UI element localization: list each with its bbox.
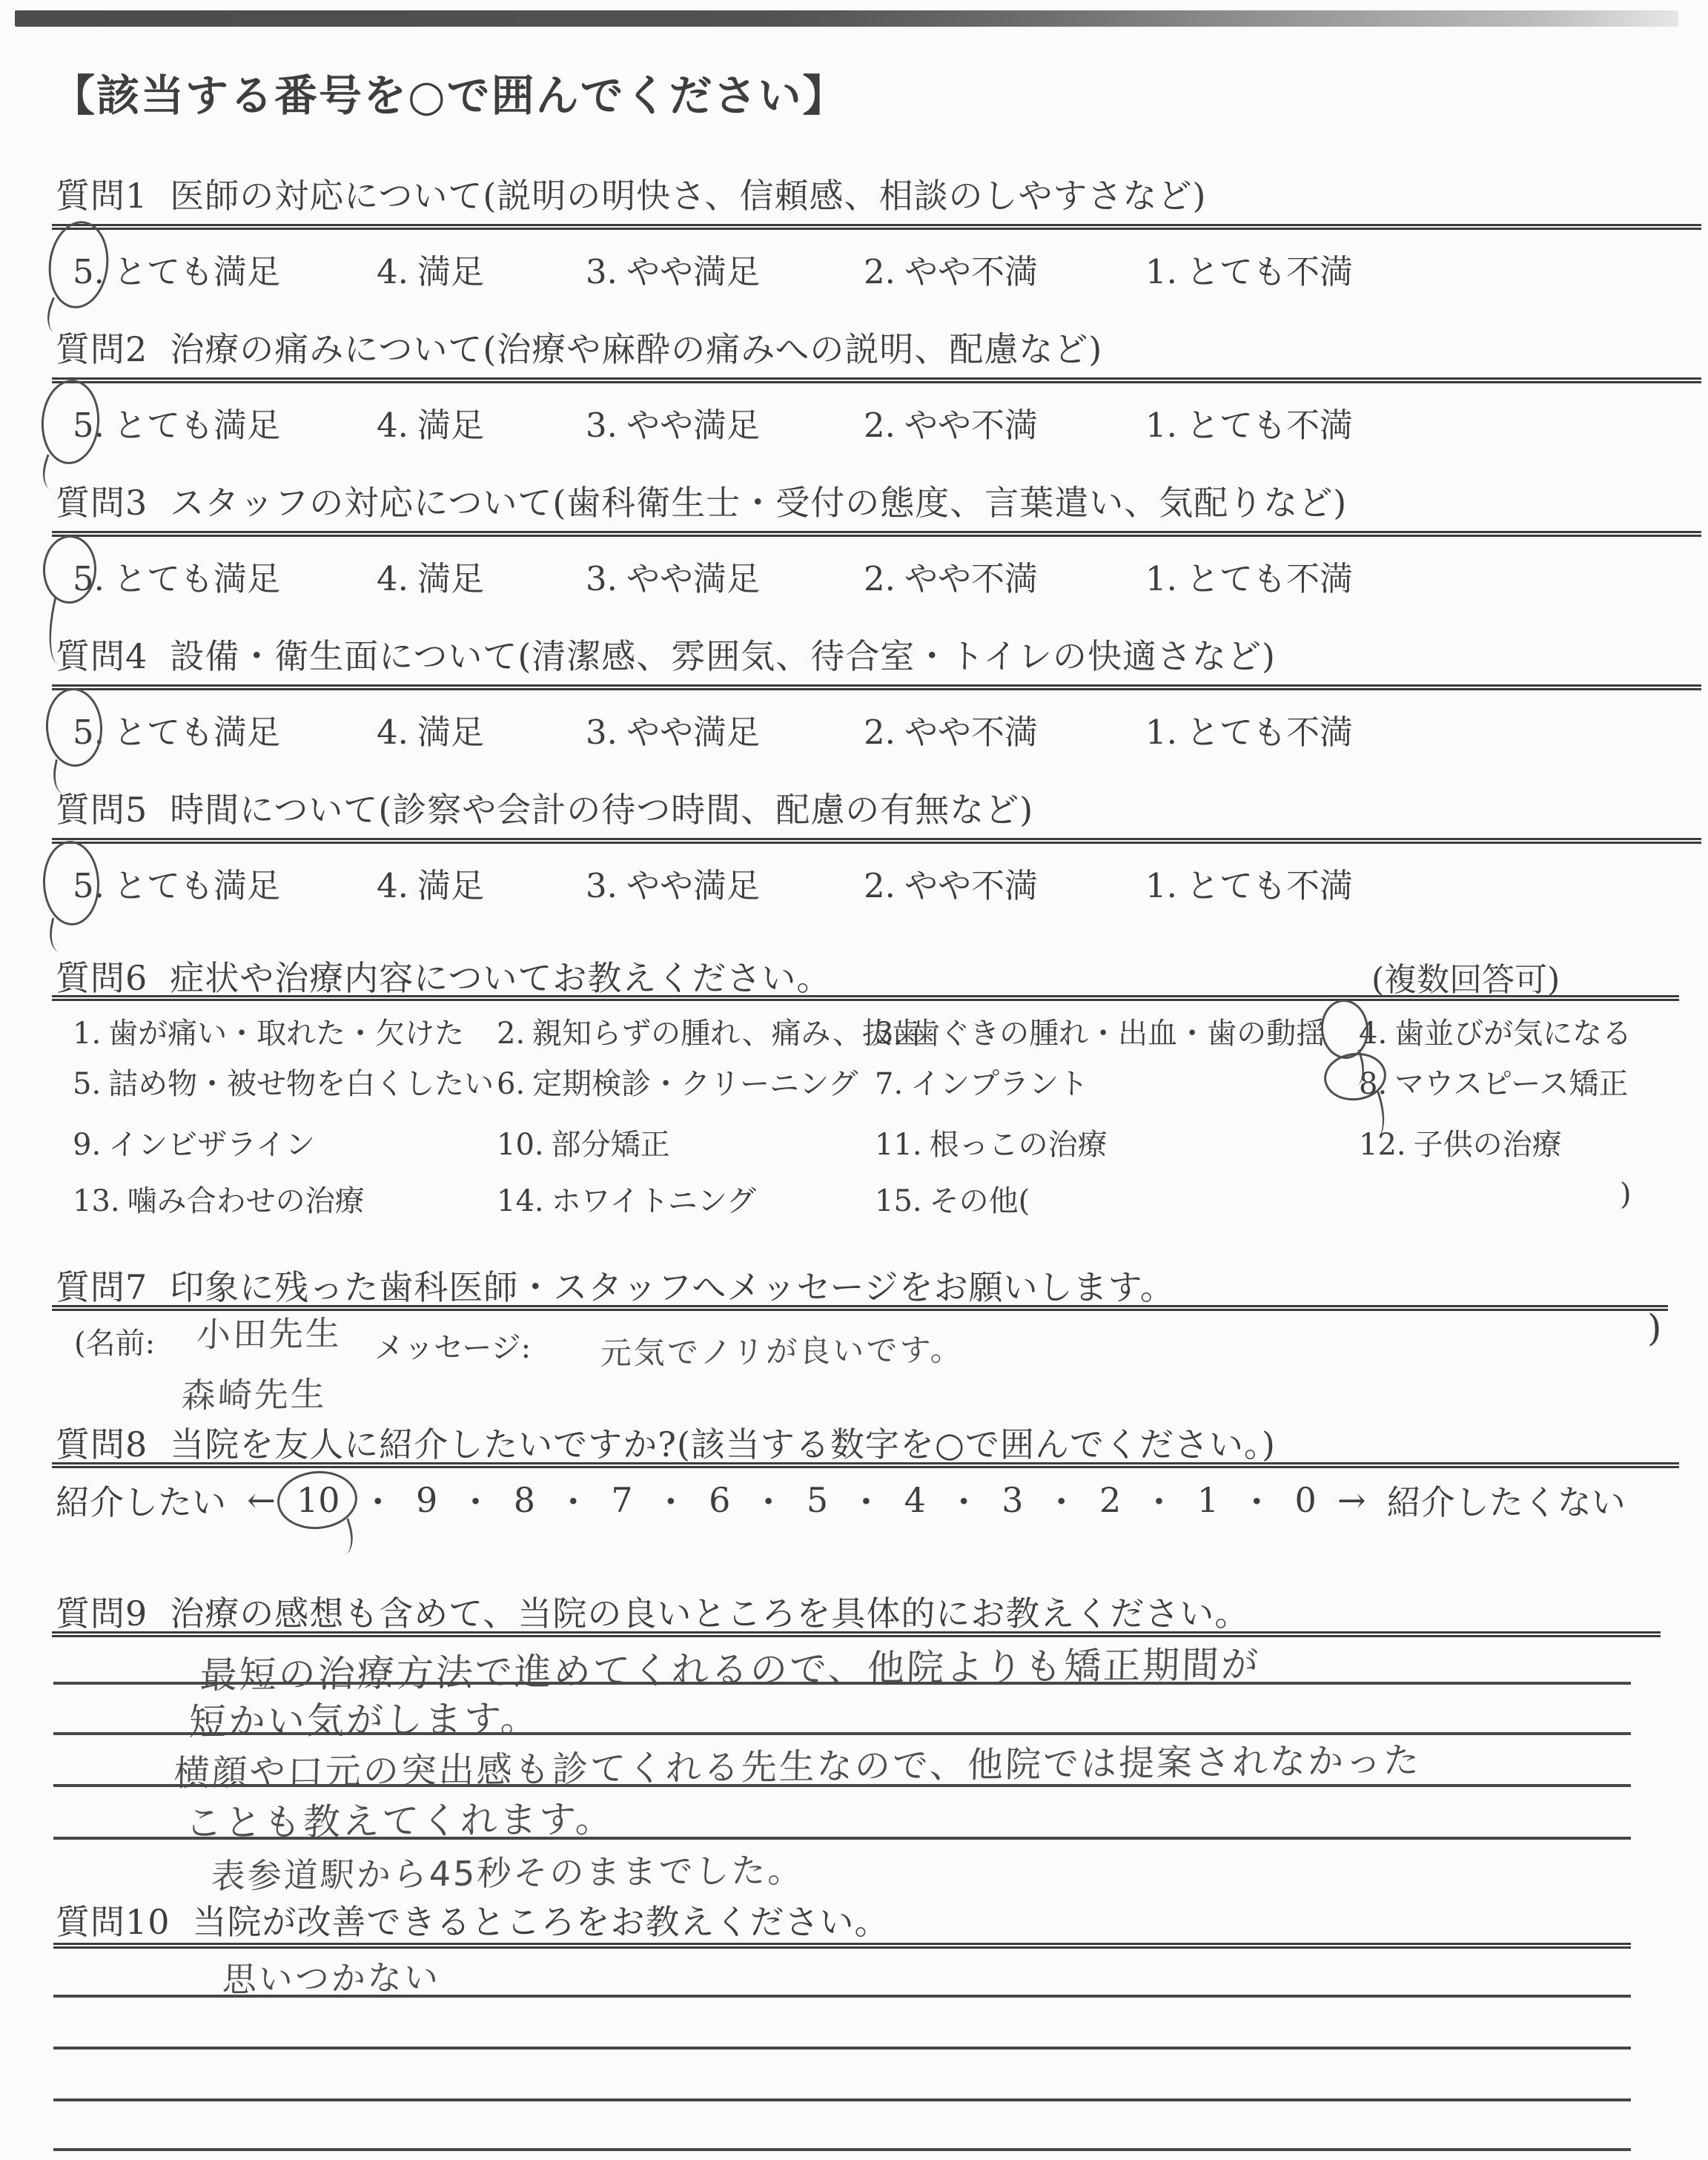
q9-handwritten-line-2: 短かい気がします。 (188, 1689, 540, 1746)
q6-multi-answer-note: (複数回答可) (1371, 953, 1560, 1000)
q5-option-4-label: 満足 (417, 866, 484, 905)
q6-item-11-number: 11. (875, 1128, 922, 1162)
q6-item-4: 4.歯並びが気になる (1359, 1010, 1632, 1052)
q1-option-3-number: 3. (586, 252, 618, 291)
q5-header: 質問5時間について(診察や会計の待つ時間、配慮の有無など) (56, 783, 1033, 832)
q5-option-2-number: 2. (864, 866, 896, 905)
q1-option-2: 2.やや不満 (864, 245, 1038, 293)
q1-rule (52, 224, 1701, 226)
q2-heading: 治療の痛みについて(治療や麻酔の痛みへの説明、配慮など) (170, 329, 1102, 369)
q6-item-14: 14.ホワイトニング (497, 1178, 756, 1220)
q4-option-2: 2.やや不満 (864, 705, 1038, 753)
page-title: 【該当する番号を○で囲んでください】 (52, 61, 847, 123)
q2-option-4-number: 4. (377, 406, 408, 445)
q3-option-4-label: 満足 (417, 559, 484, 598)
q9-rule-4 (53, 1784, 1631, 1787)
q6-item-6-label: 定期検診・クリーニング (532, 1067, 858, 1101)
q8-scale-8: 8 (514, 1480, 535, 1520)
q9-rule-5 (53, 1837, 1631, 1840)
q3-option-5: 5.とても満足 (73, 552, 280, 600)
q10-rule-3 (53, 2047, 1631, 2050)
q9-handwritten-line-5: 表参道駅から45秒そのままでした。 (211, 1843, 804, 1898)
q1-option-1: 1.とても不満 (1145, 245, 1353, 293)
q6-rule (52, 995, 1679, 997)
q5-circled-5-mark (42, 840, 101, 927)
q6-item-9: 9.インビザライン (73, 1121, 315, 1163)
q1-option-4-label: 満足 (417, 252, 484, 291)
q6-circled-8-mark (1321, 1049, 1388, 1104)
q6-item-12-label: 子供の治療 (1414, 1128, 1562, 1162)
q4-header: 質問4設備・衛生面について(清潔感、雰囲気、待合室・トイレの快適さなど) (56, 630, 1276, 678)
q5-options-row: 5.とても満足 4.満足 3.やや満足 2.やや不満 1.とても不満 (0, 859, 1708, 906)
q6-item-10-number: 10. (497, 1128, 544, 1162)
q7-heading: 印象に残った歯科医師・スタッフへメッセージをお願いします。 (170, 1267, 1175, 1307)
q2-label: 質問2 (56, 329, 148, 369)
q1-heading: 医師の対応について(説明の明快さ、信頼感、相談のしやすさなど) (170, 176, 1206, 216)
q7-handwritten-name-1: 小田先生 (196, 1307, 342, 1357)
q6-label: 質問6 (56, 958, 148, 998)
q8-scale-5: 5 (807, 1480, 828, 1520)
q6-item-5-number: 5. (73, 1067, 101, 1101)
q1-option-5-label: とても満足 (113, 252, 280, 291)
q8-scale-2: 2 (1099, 1480, 1121, 1520)
q2-rule (52, 377, 1701, 380)
q2-option-3-label: やや満足 (626, 406, 760, 445)
q4-label: 質問4 (56, 636, 148, 676)
q6-item-13-label: 噛み合わせの治療 (128, 1184, 365, 1218)
q10-rule-1 (53, 1943, 1631, 1945)
q2-option-1: 1.とても不満 (1145, 398, 1353, 446)
q8-circled-10-mark (275, 1467, 360, 1532)
q5-option-1: 1.とても不満 (1145, 859, 1353, 907)
q6-item-2-number: 2. (497, 1017, 525, 1051)
q7-handwritten-name-2: 森崎先生 (181, 1367, 328, 1418)
q2-option-2-number: 2. (864, 406, 896, 445)
q6-item-11-label: 根っこの治療 (930, 1128, 1108, 1162)
q6-item-14-number: 14. (497, 1184, 544, 1218)
q5-option-4: 4.満足 (377, 859, 484, 907)
q8-dot: ・ (361, 1476, 395, 1525)
q8-scale-4: 4 (904, 1480, 926, 1520)
q4-option-5-label: とても満足 (113, 713, 280, 752)
q5-option-3-number: 3. (586, 866, 618, 905)
q8-scale-1: 1 (1197, 1480, 1219, 1520)
q9-handwritten-line-1: 最短の治療方法で進めてくれるので、他院よりも矯正期間が (199, 1635, 1261, 1700)
q5-label: 質問5 (56, 790, 148, 830)
q8-scale-7: 7 (611, 1480, 632, 1520)
q6-item-7-label: インプラント (910, 1067, 1088, 1101)
q6-item-13: 13.噛み合わせの治療 (73, 1178, 365, 1220)
q5-option-4-number: 4. (377, 866, 408, 905)
q6-item-12: 12.子供の治療 (1359, 1121, 1562, 1163)
q3-option-2-number: 2. (864, 559, 896, 598)
q6-item-7: 7.インプラント (875, 1060, 1088, 1103)
q4-option-3-label: やや満足 (626, 713, 760, 752)
q6-item-6: 6.定期検診・クリーニング (497, 1060, 858, 1103)
q5-option-3: 3.やや満足 (586, 859, 760, 907)
q3-option-2-label: やや不満 (904, 559, 1038, 598)
q8-left-arrow: ← (247, 1480, 276, 1520)
q6-item-5: 5.詰め物・被せ物を白くしたい (73, 1060, 494, 1103)
q8-rule (52, 1462, 1679, 1464)
q3-options-row: 5.とても満足 4.満足 3.やや満足 2.やや不満 1.とても不満 (0, 552, 1708, 599)
q8-scale-9: 9 (416, 1480, 437, 1520)
q5-option-5-label: とても満足 (113, 866, 280, 905)
q8-scale-3: 3 (1002, 1480, 1023, 1520)
q1-options-row: 5.とても満足 4.満足 3.やや満足 2.やや不満 1.とても不満 (0, 245, 1708, 292)
q4-option-3: 3.やや満足 (586, 705, 760, 753)
q6-item-2-label: 親知らずの腫れ、痛み、抜歯 (532, 1017, 921, 1051)
q1-option-1-label: とても不満 (1186, 252, 1353, 291)
q7-close-paren: ) (1647, 1307, 1662, 1350)
q8-heading: 当院を友人に紹介したいですか?(該当する数字を○で囲んでください。) (170, 1424, 1276, 1464)
q1-option-3: 3.やや満足 (586, 245, 760, 293)
q1-header: 質問1医師の対応について(説明の明快さ、信頼感、相談のしやすさなど) (56, 169, 1206, 218)
q6-item-9-number: 9. (73, 1128, 101, 1162)
q8-right-label: 紹介したくない (1387, 1476, 1626, 1525)
q6-item-14-label: ホワイトニング (552, 1184, 756, 1218)
q4-options-row: 5.とても満足 4.満足 3.やや満足 2.やや不満 1.とても不満 (0, 705, 1708, 753)
q3-option-5-label: とても満足 (113, 559, 280, 598)
q8-dot: ・ (752, 1476, 786, 1525)
q3-option-3-label: やや満足 (626, 559, 760, 598)
q5-option-3-label: やや満足 (626, 866, 760, 905)
q1-option-2-number: 2. (864, 252, 896, 291)
q4-option-1: 1.とても不満 (1145, 705, 1353, 753)
q9-rule-1 (52, 1631, 1661, 1634)
q5-heading: 時間について(診察や会計の待つ時間、配慮の有無など) (170, 790, 1033, 830)
q4-rule (52, 684, 1701, 687)
q7-label: 質問7 (56, 1267, 148, 1307)
q7-name-label: (名前: (74, 1320, 155, 1362)
q5-option-1-number: 1. (1145, 866, 1177, 905)
q4-option-1-number: 1. (1145, 713, 1177, 752)
q1-option-3-label: やや満足 (626, 252, 760, 291)
q1-option-4: 4.満足 (377, 245, 484, 293)
q9-header: 質問9治療の感想も含めて、当院の良いところを具体的にお教えください。 (56, 1587, 1249, 1636)
q6-item-15-label: その他( (930, 1184, 1030, 1218)
q1-option-2-label: やや不満 (904, 252, 1038, 291)
q4-option-4-number: 4. (377, 713, 408, 752)
q2-options-row: 5.とても満足 4.満足 3.やや満足 2.やや不満 1.とても不満 (0, 398, 1708, 446)
q3-option-3: 3.やや満足 (586, 552, 760, 600)
q8-scale-row: 紹介したい ← 10 ・ 9 ・ 8 ・ 7 ・ 6 ・ 5 ・ 4 ・ 3 ・… (56, 1476, 1626, 1525)
q3-option-1-label: とても不満 (1186, 559, 1353, 598)
q6-item-4-label: 歯並びが気になる (1394, 1017, 1632, 1051)
q8-dot: ・ (1142, 1476, 1176, 1525)
q10-rule-4 (53, 2098, 1631, 2101)
q3-header: 質問3スタッフの対応について(歯科衛生士・受付の態度、言葉遣い、気配りなど) (56, 476, 1347, 525)
q1-label: 質問1 (56, 176, 148, 216)
q4-option-4-label: 満足 (417, 713, 484, 752)
q8-scale-10: 10 (297, 1480, 340, 1520)
q6-item-11: 11.根っこの治療 (875, 1121, 1108, 1163)
q6-item-15-number: 15. (875, 1184, 922, 1218)
q6-item-7-number: 7. (875, 1067, 903, 1101)
q5-option-2-label: やや不満 (904, 866, 1038, 905)
q6-item-1: 1.歯が痛い・取れた・欠けた (73, 1010, 464, 1052)
q6-item-8: 8.マウスピース矯正 (1359, 1060, 1628, 1103)
q3-label: 質問3 (56, 483, 148, 523)
q6-item-8-label: マウスピース矯正 (1394, 1067, 1628, 1101)
q8-scale-0: 0 (1294, 1480, 1316, 1520)
q10-heading: 当院が改善できるところをお教えください。 (193, 1902, 890, 1942)
q6-item-9-label: インビザライン (108, 1128, 315, 1162)
q2-header: 質問2治療の痛みについて(治療や麻酔の痛みへの説明、配慮など) (56, 323, 1102, 371)
q8-dot: ・ (458, 1476, 492, 1525)
q4-option-1-label: とても不満 (1186, 713, 1353, 752)
q8-left-label: 紹介したい (56, 1476, 226, 1525)
q8-dot: ・ (947, 1476, 981, 1525)
q9-rule-2 (53, 1682, 1631, 1685)
q8-right-arrow: → (1337, 1480, 1366, 1520)
q3-option-4-number: 4. (377, 559, 408, 598)
q8-dot: ・ (849, 1476, 883, 1525)
q6-item-3: 3.歯ぐきの腫れ・出血・歯の動揺 (875, 1010, 1325, 1052)
q3-rule (52, 531, 1701, 533)
q6-item-10: 10.部分矯正 (497, 1121, 670, 1163)
q4-heading: 設備・衛生面について(清潔感、雰囲気、待合室・トイレの快適さなど) (170, 636, 1276, 676)
q6-header: 質問6症状や治療内容についてお教えください。 (56, 951, 831, 1000)
q6-item-12-number: 12. (1359, 1128, 1406, 1162)
q2-option-2: 2.やや不満 (864, 398, 1038, 446)
q7-header: 質問7印象に残った歯科医師・スタッフへメッセージをお願いします。 (56, 1261, 1175, 1309)
q2-option-4: 4.満足 (377, 398, 484, 446)
q10-rule-2 (53, 1995, 1631, 1998)
q5-rule (52, 838, 1701, 840)
q6-item-5-label: 詰め物・被せ物を白くしたい (108, 1067, 494, 1101)
q8-dot: ・ (556, 1476, 590, 1525)
q2-option-4-label: 満足 (417, 406, 484, 445)
q6-item-1-number: 1. (73, 1017, 101, 1051)
q5-option-5: 5.とても満足 (73, 859, 280, 907)
q9-heading: 治療の感想も含めて、当院の良いところを具体的にお教えください。 (170, 1593, 1249, 1634)
q4-option-5: 5.とても満足 (73, 705, 280, 753)
q3-option-2: 2.やや不満 (864, 552, 1038, 600)
q8-dot: ・ (654, 1476, 688, 1525)
q2-option-5: 5.とても満足 (73, 398, 280, 446)
q4-option-4: 4.満足 (377, 705, 484, 753)
q2-option-3: 3.やや満足 (586, 398, 760, 446)
q6-item-10-label: 部分矯正 (552, 1128, 670, 1162)
q10-rule-5 (53, 2148, 1631, 2151)
q1-option-1-number: 1. (1145, 252, 1177, 291)
q3-option-1: 1.とても不満 (1145, 552, 1353, 600)
q5-option-2: 2.やや不満 (864, 859, 1038, 907)
q7-handwritten-message: 元気でノリが良いです。 (600, 1325, 964, 1373)
q2-option-5-label: とても満足 (113, 406, 280, 445)
q4-option-2-number: 2. (864, 713, 896, 752)
q2-option-1-label: とても不満 (1186, 406, 1353, 445)
q6-item-6-number: 6. (497, 1067, 525, 1101)
scan-artifact-band (15, 10, 1678, 27)
q6-item-1-label: 歯が痛い・取れた・欠けた (108, 1017, 464, 1051)
q3-heading: スタッフの対応について(歯科衛生士・受付の態度、言葉遣い、気配りなど) (170, 483, 1347, 523)
q10-label: 質問10 (56, 1902, 171, 1942)
q1-option-4-number: 4. (377, 252, 408, 291)
survey-page: 【該当する番号を○で囲んでください】 質問1医師の対応について(説明の明快さ、信… (0, 0, 1708, 2160)
q10-header: 質問10当院が改善できるところをお教えください。 (56, 1895, 890, 1944)
q6-other-close-paren: ) (1620, 1178, 1632, 1212)
q7-message-label: メッセージ: (374, 1324, 531, 1367)
q2-circled-5-mark (39, 377, 102, 466)
q2-option-2-label: やや不満 (904, 406, 1038, 445)
q6-item-3-label: 歯ぐきの腫れ・出血・歯の動揺 (910, 1017, 1325, 1051)
q6-item-2: 2.親知らずの腫れ、痛み、抜歯 (497, 1010, 921, 1052)
q6-item-15: 15.その他( (875, 1178, 1030, 1220)
q8-dot: ・ (1045, 1476, 1079, 1525)
q8-header: 質問8当院を友人に紹介したいですか?(該当する数字を○で囲んでください。) (56, 1418, 1276, 1467)
q4-circled-5-mark (44, 687, 104, 768)
q3-option-1-number: 1. (1145, 559, 1177, 598)
q3-option-3-number: 3. (586, 559, 618, 598)
q6-item-13-number: 13. (73, 1184, 120, 1218)
q8-dot: ・ (1239, 1476, 1274, 1525)
q4-option-3-number: 3. (586, 713, 618, 752)
q6-item-3-number: 3. (875, 1017, 903, 1051)
q3-option-4: 4.満足 (377, 552, 484, 600)
q2-option-3-number: 3. (586, 406, 618, 445)
q8-label: 質問8 (56, 1424, 148, 1464)
q1-circled-5-mark (44, 218, 113, 312)
q9-label: 質問9 (56, 1593, 148, 1634)
q6-heading: 症状や治療内容についてお教えください。 (170, 958, 831, 998)
q4-option-2-label: やや不満 (904, 713, 1038, 752)
q5-option-1-label: とても不満 (1186, 866, 1353, 905)
q2-option-1-number: 1. (1145, 406, 1177, 445)
q8-scale-6: 6 (709, 1480, 730, 1520)
